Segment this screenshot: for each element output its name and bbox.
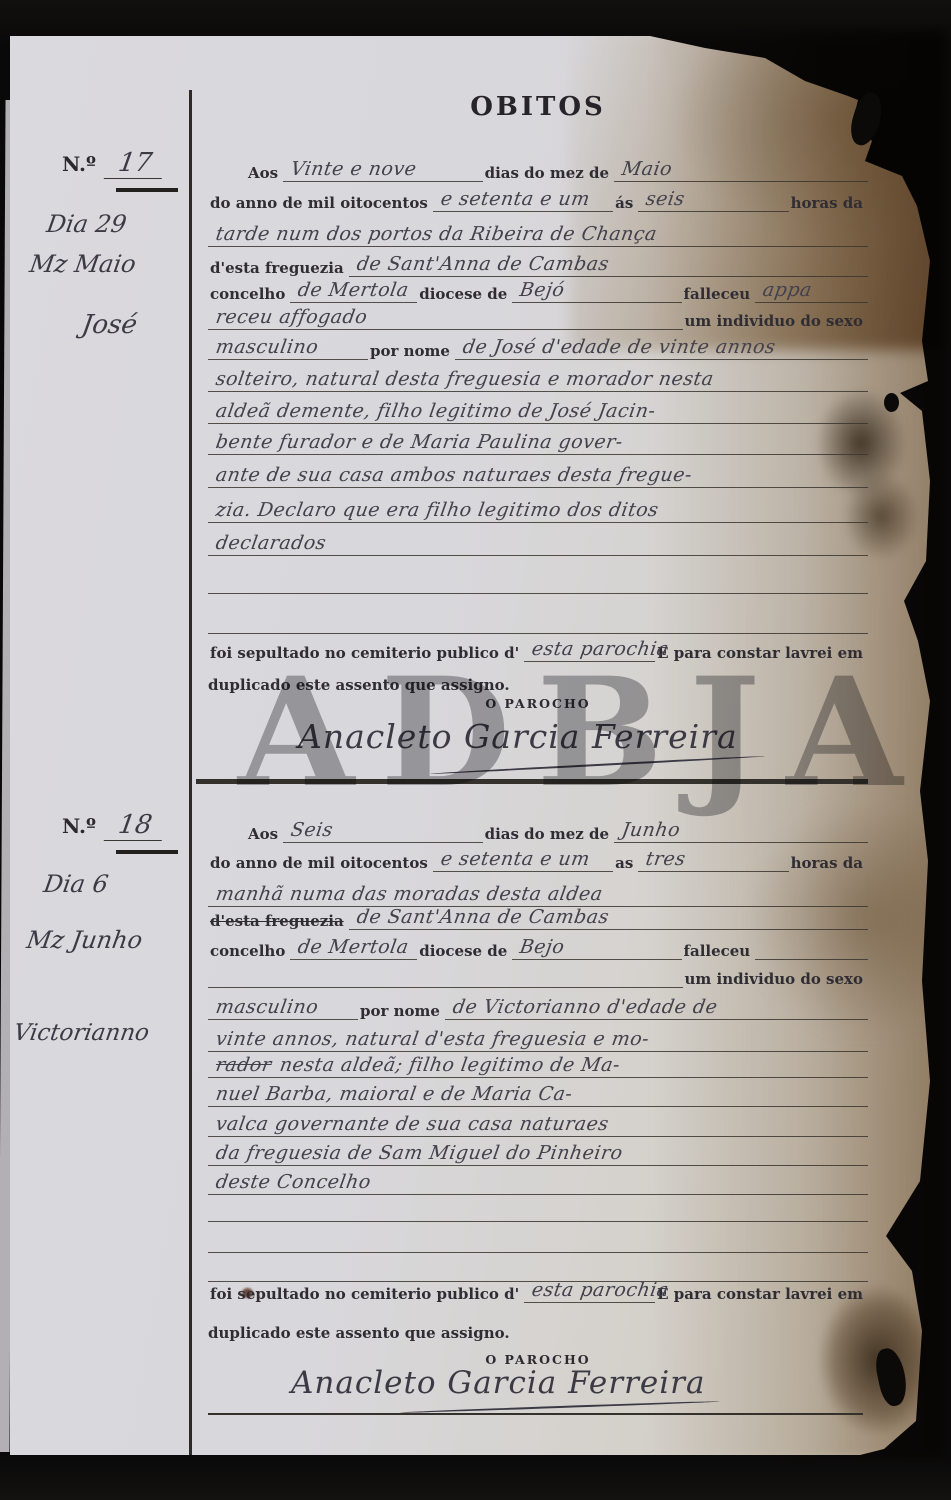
number-label: N.º [62,152,96,176]
form-row: ante de sua casa ambos naturaes desta fr… [208,458,868,488]
handwritten-text: Vinte e nove [283,160,420,181]
ruled-fill: de Mertola [290,938,417,960]
ruled-fill: Maio [614,160,868,182]
form-row: nuel Barba, maioral e de Maria Ca- [208,1077,868,1107]
printed-label: um individuo do sexo [683,971,868,989]
ruled-fill: da freguesia de Sam Miguel do Pinheiro [208,1144,868,1166]
printed-label: do anno de mil oitocentos [208,855,433,873]
printed-label: Aos [246,165,283,183]
handwritten-text: zia. Declaro que era filho legitimo dos … [208,501,662,522]
ruled-fill: tres [638,850,788,872]
printed-label: dias do mez de [483,165,614,183]
handwritten-text: declarados [208,534,330,555]
printed-label: por nome [358,1003,445,1021]
printed-label-struck: d'esta freguezia [208,913,349,931]
number-underline-bar [116,850,178,854]
printed-label: E para constar lavrei em [655,1286,868,1304]
parish-priest-signature: Anacleto Garcia Ferreira [285,1368,707,1399]
blank-ruled-line [208,564,868,594]
ruled-fill: nuel Barba, maioral e de Maria Ca- [208,1085,868,1107]
handwritten-text: de Mertola [290,938,412,959]
ruled-fill: de José d'edade de vinte annos [455,338,868,360]
handwritten-text: esta parochia [524,1281,672,1302]
form-row: d'esta freguezia de Sant'Anna de Cambas [208,900,868,930]
ruled-fill: ante de sua casa ambos naturaes desta fr… [208,466,868,488]
ruled-fill: e setenta e um [433,190,613,212]
handwritten-text: receu affogado [208,308,371,329]
ruled-fill: solteiro, natural desta freguesia e mora… [208,370,868,392]
ruled-fill: de Victorianno d'edade de [445,998,868,1020]
entry-number-handwritten: 18 [104,812,167,841]
ruled-fill: Bejo [512,938,681,960]
handwritten-text: Junho [614,821,684,842]
ruled-fill: de Sant'Anna de Cambas [349,908,868,930]
form-row: zia. Declaro que era filho legitimo dos … [208,493,868,523]
handwritten-text: nesta aldeã; filho legitimo de Ma- [272,1056,623,1077]
form-row: valca governante de sua casa naturaes [208,1107,868,1137]
margin-vertical-rule [189,90,192,1455]
form-row: Aos Vinte e nove dias do mez de Maio [208,152,868,182]
handwritten-text: de José d'edade de vinte annos [455,338,779,359]
number-underline-bar [116,188,178,192]
form-row: aldeã demente, filho legitimo de José Ja… [208,394,868,424]
ruled-fill: valca governante de sua casa naturaes [208,1115,868,1137]
printed-label: dias do mez de [483,826,614,844]
blank-ruled-line [208,1192,868,1222]
handwritten-text: aldeã demente, filho legitimo de José Ja… [208,402,659,423]
form-row: solteiro, natural desta freguesia e mora… [208,362,868,392]
form-row: concelho de Mertola diocese de Bejó fall… [208,273,868,303]
ruled-fill: bente furador e de Maria Paulina gover- [208,433,868,455]
signature-text: Anacleto Garcia Ferreira [285,1365,707,1403]
ruled-fill: aldeã demente, filho legitimo de José Ja… [208,402,868,424]
ruled-fill: zia. Declaro que era filho legitimo dos … [208,501,868,523]
handwritten-text: ante de sua casa ambos naturaes desta fr… [208,466,695,487]
handwritten-text: da freguesia de Sam Miguel do Pinheiro [208,1144,626,1165]
ruled-fill: seis [638,190,788,212]
form-row: declarados [208,526,868,556]
entry1-number: N.º17 [62,150,164,179]
handwritten-text: masculino [208,998,322,1019]
handwritten-text: de Victorianno d'edade de [445,998,721,1019]
handwritten-text: Seis [283,821,336,842]
ruled-fill [208,593,868,594]
handwritten-text: de Mertola [290,281,412,302]
handwritten-text: bente furador e de Maria Paulina gover- [208,433,626,454]
ruled-fill: e setenta e um [433,850,613,872]
handwritten-text: solteiro, natural desta freguesia e mora… [208,370,717,391]
ruled-fill: receu affogado [208,308,683,330]
ruled-fill: radornesta aldeã; filho legitimo de Ma- [208,1056,868,1078]
blank-ruled-line [208,1223,868,1253]
entry-end-rule [208,1413,863,1415]
form-row: masculino por nome de José d'edade de vi… [208,330,868,360]
ruled-fill: Seis [283,821,483,843]
form-row: bente furador e de Maria Paulina gover- [208,425,868,455]
handwritten-text: seis [638,190,688,211]
entry2-day: Dia 6 [42,872,110,896]
handwritten-text: nuel Barba, maioral e de Maria Ca- [208,1085,576,1106]
printed-label: foi sepultado no cemiterio publico d' [208,1286,524,1304]
handwritten-text: deste Concelho [208,1173,374,1194]
entry2-month: Mz Junho [25,928,144,952]
torn-edge-hole [884,393,899,412]
printed-label: por nome [368,343,455,361]
printed-label: do anno de mil oitocentos [208,195,433,213]
handwritten-text: tarde num dos portos da Ribeira de Chanç… [208,225,660,246]
form-row: do anno de mil oitocentos e setenta e um… [208,182,868,212]
ruled-fill: Junho [614,821,868,843]
entry1-month: Mz Maio [28,252,138,276]
handwritten-text: Bejó [512,281,568,302]
form-row: um individuo do sexo [208,958,868,988]
ruled-fill: masculino [208,998,358,1020]
blank-ruled-line [208,604,868,634]
ruled-fill [208,987,683,988]
handwritten-text: Bejo [512,938,568,959]
printed-label: um individuo do sexo [683,313,868,331]
ruled-fill: tarde num dos portos da Ribeira de Chanç… [208,225,868,247]
handwritten-text: Maio [614,160,676,181]
page-title: OBITOS [208,92,868,122]
form-row: concelho de Mertola diocese de Bejo fall… [208,930,868,960]
form-row: radornesta aldeã; filho legitimo de Ma- [208,1048,868,1078]
handwritten-text: appa [755,281,815,302]
form-row: deste Concelho [208,1165,868,1195]
handwritten-text: e setenta e um [433,850,593,871]
entry1-day: Dia 29 [45,212,128,236]
printed-label: horas da [789,855,868,873]
handwritten-text: masculino [208,338,322,359]
entry1-name: José [80,312,139,338]
archive-watermark: ADBJA [238,658,929,808]
printed-label: Aos [246,826,283,844]
handwritten-text: de Sant'Anna de Cambas [349,908,612,929]
number-label: N.º [62,814,96,838]
form-row: receu affogado um individuo do sexo [208,300,868,330]
ruled-fill: masculino [208,338,368,360]
printed-label: as [613,855,638,873]
printed-label: ás [613,195,638,213]
form-row: masculino por nome de Victorianno d'edad… [208,990,868,1020]
ruled-fill: Vinte e nove [283,160,483,182]
form-row: tarde num dos portos da Ribeira de Chanç… [208,217,868,247]
form-row: da freguesia de Sam Miguel do Pinheiro [208,1136,868,1166]
handwritten-text-struck: rador [208,1056,275,1077]
entry2-number: N.º18 [62,812,164,841]
printed-label: horas da [789,195,868,213]
ruled-fill [208,1221,868,1222]
handwritten-text: valca governante de sua casa naturaes [208,1115,612,1136]
entry2-name: Victorianno [12,1022,151,1045]
printed-closing-line: duplicado este assento que assigno. [208,1324,510,1342]
entry-number-handwritten: 17 [104,150,167,179]
scanned-register-page: OBITOS N.º17 Dia 29 Mz Maio José Aos Vin… [0,0,951,1500]
form-row: foi sepultado no cemiterio publico d' es… [208,1273,868,1303]
form-row: do anno de mil oitocentos e setenta e um… [208,842,868,872]
handwritten-text: tres [638,850,689,871]
ruled-fill: declarados [208,534,868,556]
handwritten-text: e setenta e um [433,190,593,211]
ruled-fill: esta parochia [524,1281,655,1303]
